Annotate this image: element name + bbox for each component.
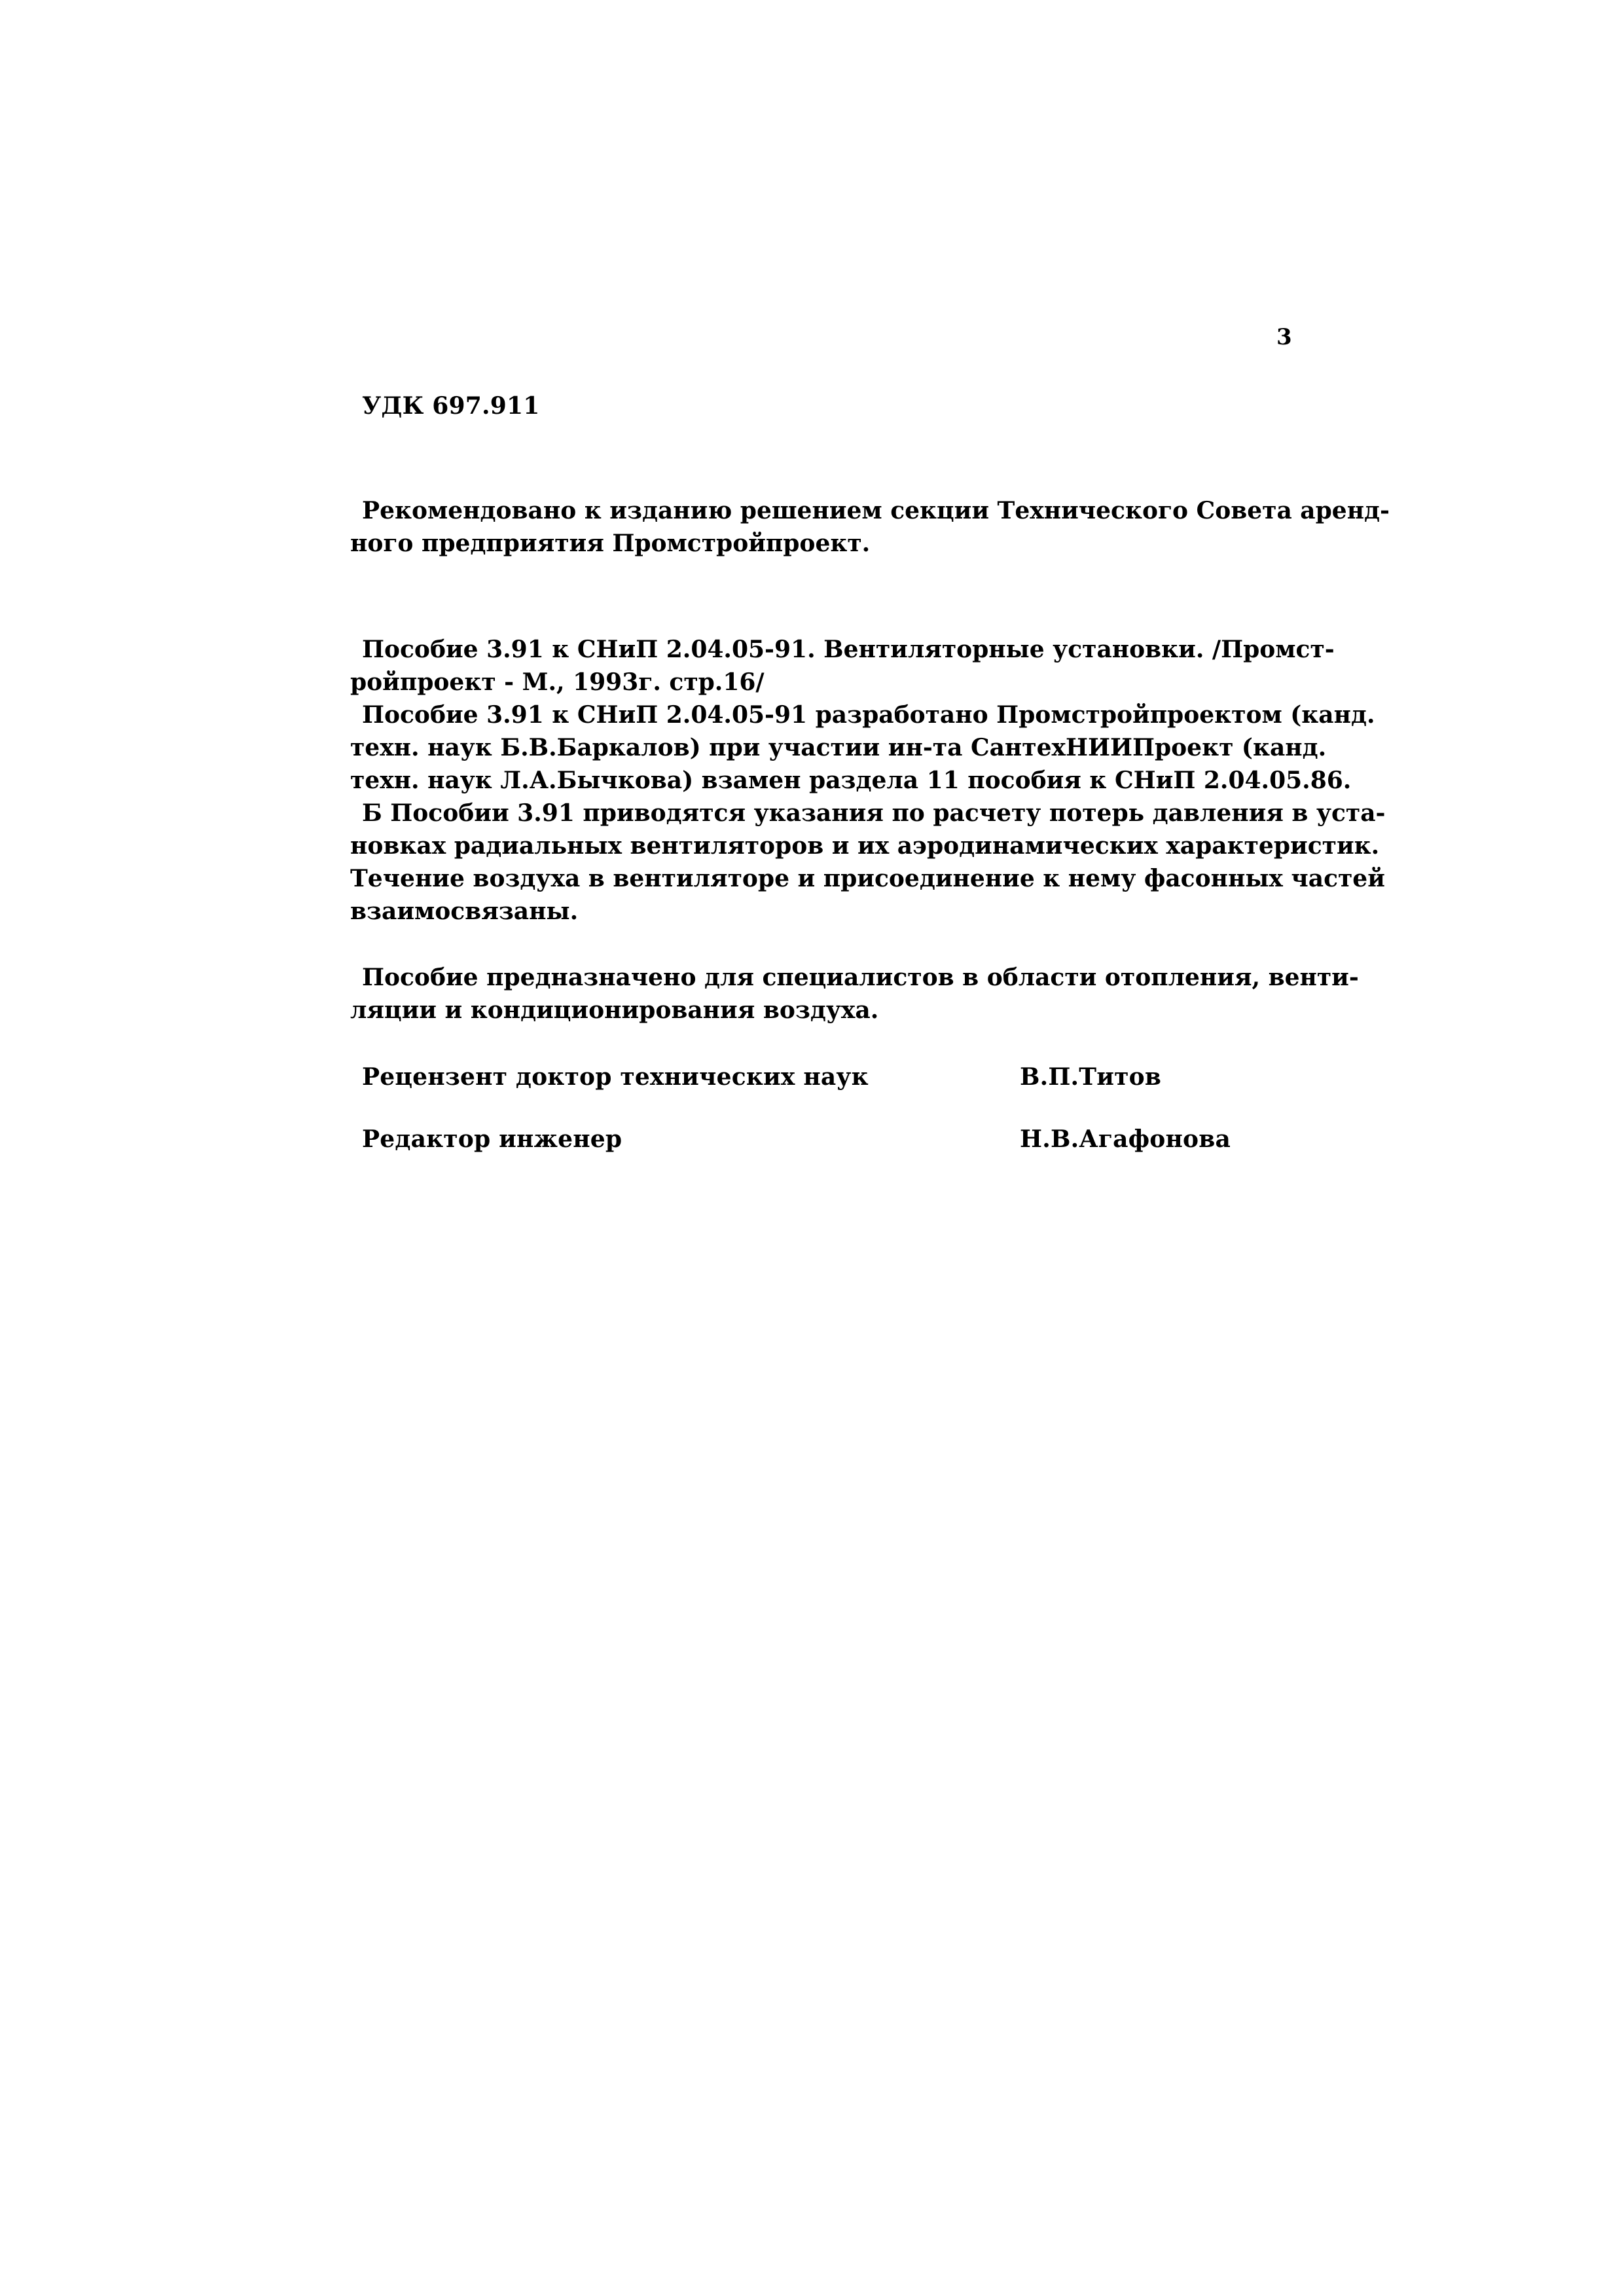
text-line: Пособие предназначено для специалистов в… — [362, 961, 1297, 994]
editor-name: Н.В.Агафонова — [1020, 1123, 1231, 1156]
document-page: 3 УДК 697.911 Рекомендовано к изданию ре… — [0, 0, 1624, 2296]
editor-role: Редактор инженер — [362, 1123, 622, 1156]
reviewer-role: Рецензент доктор технических наук — [362, 1061, 869, 1093]
purpose-paragraph: Пособие предназначено для специалистов в… — [362, 961, 1297, 1027]
text-line: Пособие 3.91 к СНиП 2.04.05-91. Вентилят… — [362, 633, 1297, 666]
text-line: техн. наук Л.А.Бычкова) взамен раздела 1… — [350, 764, 1297, 797]
text-line: ляции и кондиционирования воздуха. — [350, 994, 1297, 1027]
text-line: ного предприятия Промстройпроект. — [350, 527, 1297, 560]
text-line: новках радиальных вентиляторов и их аэро… — [350, 829, 1297, 862]
text-line: Б Пособии 3.91 приводятся указания по ра… — [362, 797, 1297, 829]
text-line: Течение воздуха в вентиляторе и присоеди… — [350, 862, 1297, 895]
text-line: Пособие 3.91 к СНиП 2.04.05-91 разработа… — [362, 699, 1297, 731]
text-line: ройпроект - М., 1993г. стр.16/ — [350, 666, 1297, 699]
page-number: 3 — [1276, 321, 1292, 354]
udk-code: УДК 697.911 — [362, 390, 540, 422]
text-line: Рекомендовано к изданию решением секции … — [362, 494, 1297, 527]
bibliography-paragraph: Пособие 3.91 к СНиП 2.04.05-91. Вентилят… — [362, 633, 1297, 928]
text-line: взаимосвязаны. — [350, 895, 1297, 928]
recommendation-paragraph: Рекомендовано к изданию решением секции … — [362, 494, 1297, 560]
text-line: техн. наук Б.В.Баркалов) при участии ин-… — [350, 731, 1297, 764]
reviewer-name: В.П.Титов — [1020, 1061, 1161, 1093]
